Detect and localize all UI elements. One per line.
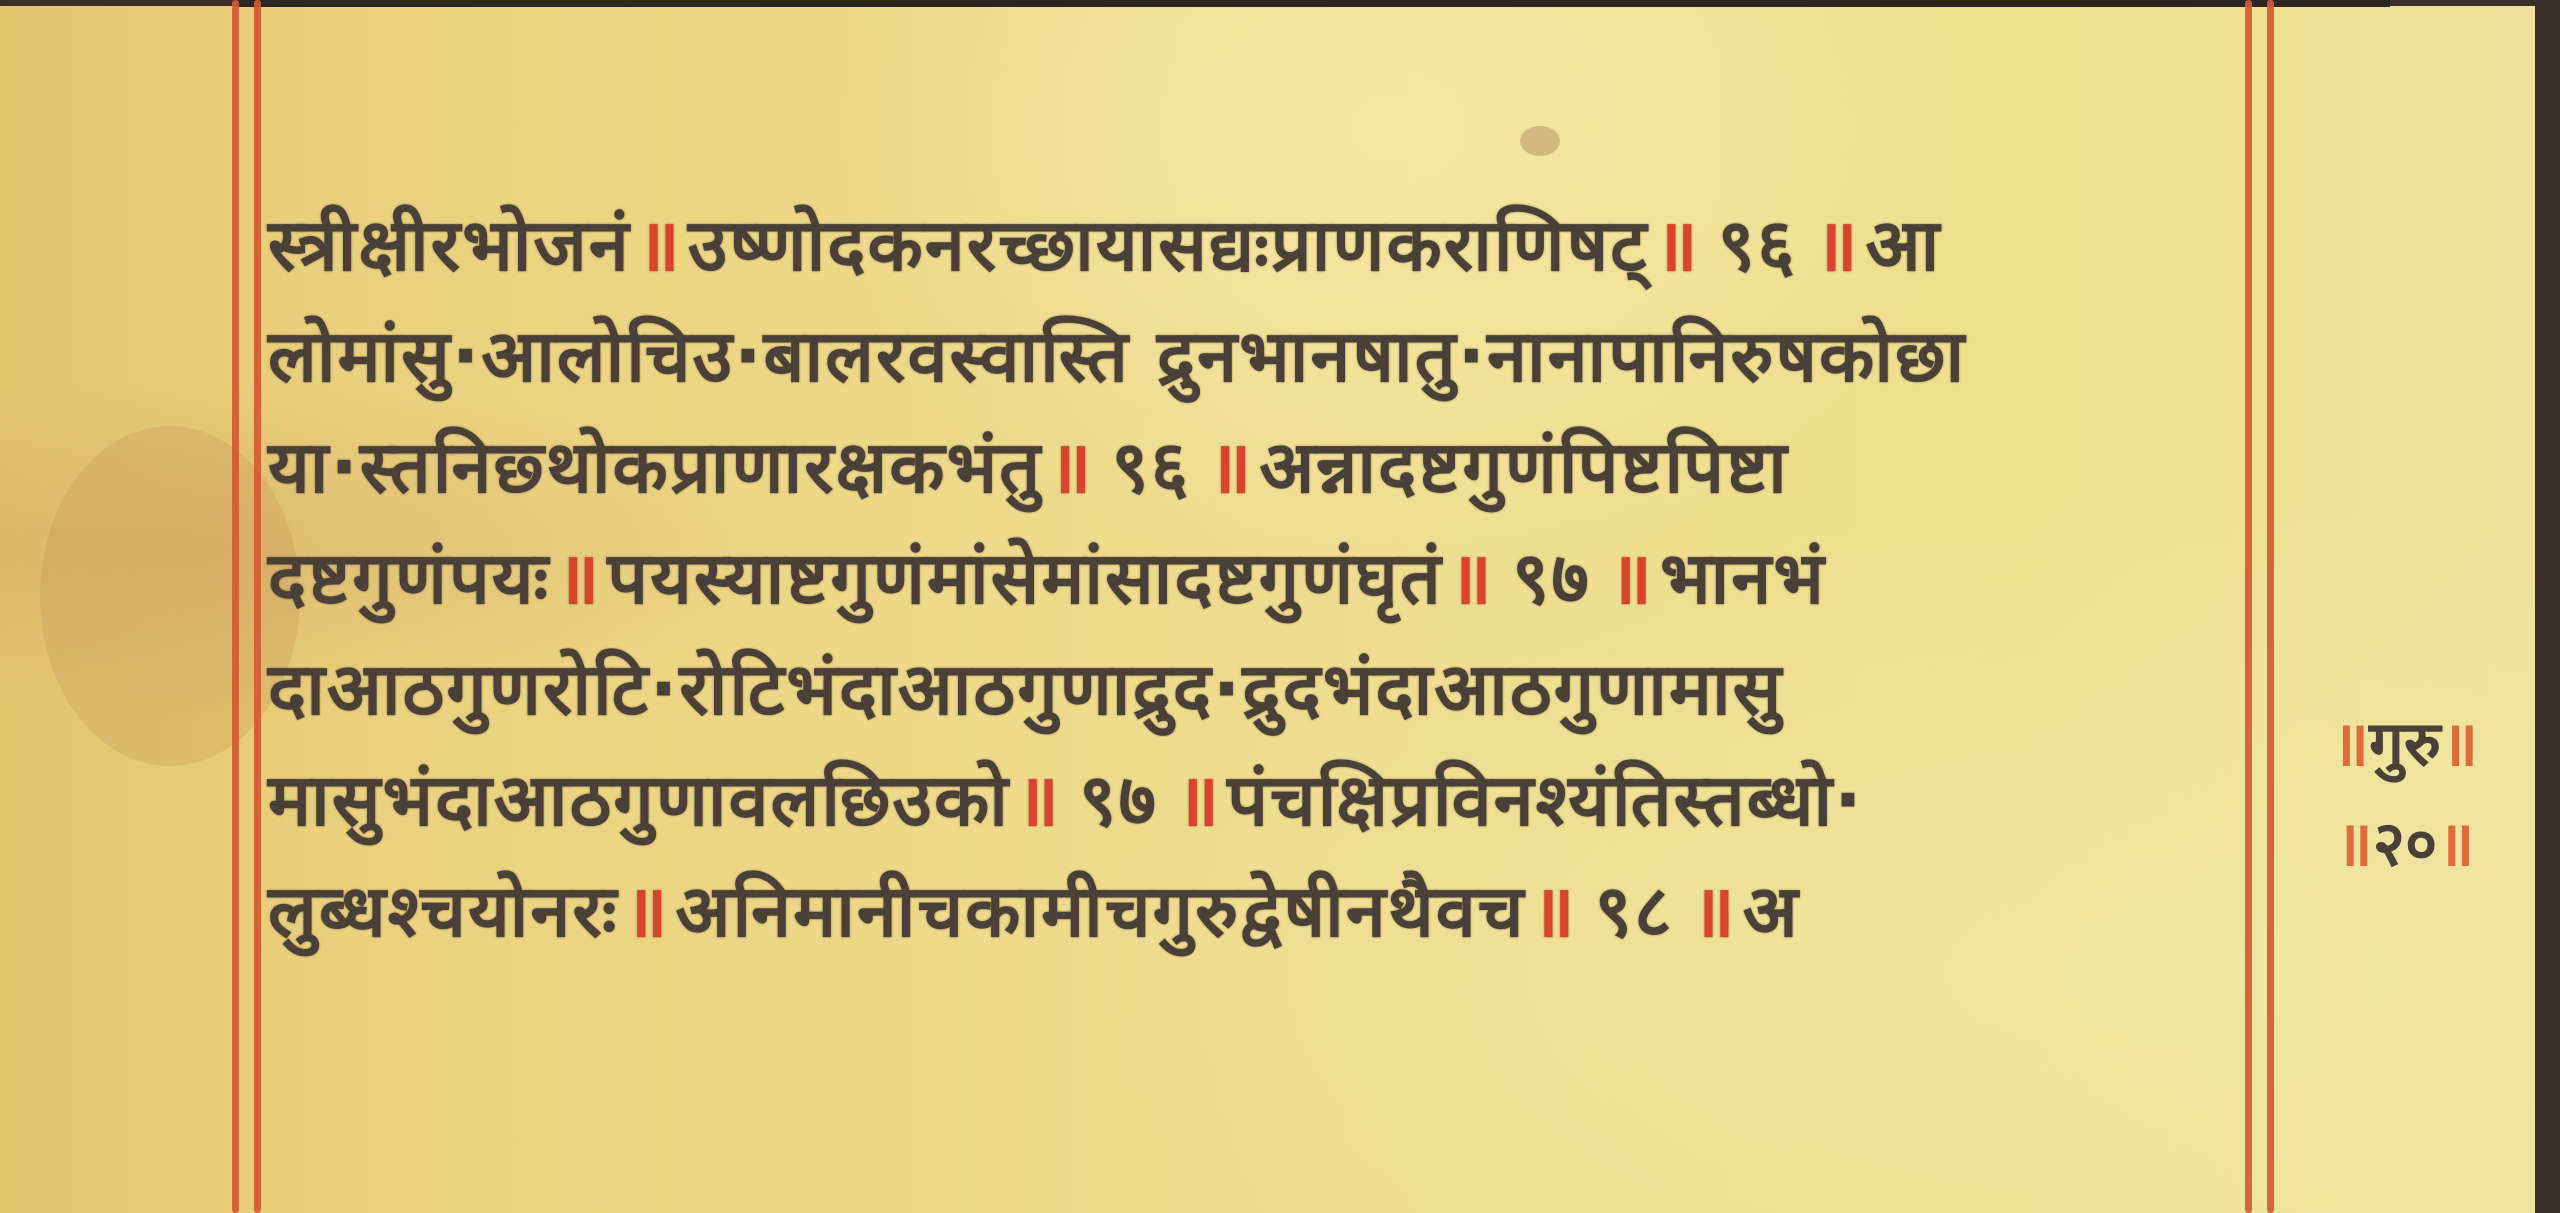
manuscript-line-4: दष्टगुणंपयः॥पयस्याष्टगुणंमांसेमांसादष्टग…: [268, 523, 2268, 634]
danda-mark: ॥: [637, 203, 682, 287]
line-text: भानभं: [1660, 536, 1826, 620]
danda-mark: ॥: [2437, 807, 2474, 880]
manuscript-line-1: स्त्रीक्षीरभोजनं॥उष्णोदकनरच्छायासद्यःप्र…: [268, 190, 2268, 301]
manuscript-line-6: मासुभंदाआठगुणावलछिउको॥९७॥पंचक्षिप्रविनश्…: [268, 745, 2268, 856]
manuscript-line-2: लोमांसु·आलोचिउ·बालरवस्वास्ति द्रुनभानषात…: [268, 301, 2268, 412]
line-text: पयस्याष्टगुणंमांसेमांसादष्टगुणंघृतं: [607, 536, 1443, 620]
left-margin-rule-inner: [254, 0, 261, 1213]
top-edge-shadow: [235, 0, 2390, 7]
folio-number: ॥२०॥: [2290, 800, 2520, 884]
line-text: अ: [1743, 869, 1800, 953]
right-margin-rule-outer: [2267, 0, 2274, 1213]
manuscript-line-7: लुब्धश्चयोनरः॥अनिमानीचकामीचगुरुद्वेषीनथै…: [268, 856, 2268, 967]
left-margin-rule-outer: [232, 0, 239, 1213]
verse-number: ९७: [1512, 536, 1591, 620]
line-text: या·स्तनिछ्थोकप्राणारक्षकभंतु: [268, 425, 1042, 509]
danda-mark: ॥: [1048, 425, 1093, 509]
danda-mark: ॥: [1654, 203, 1699, 287]
manuscript-line-5: दाआठगुणरोटि·रोटिभंदाआठगुणाद्रुद·द्रुदभंद…: [268, 634, 2268, 745]
danda-mark: ॥: [1176, 758, 1221, 842]
danda-mark: ॥: [1692, 869, 1737, 953]
danda-mark: ॥: [1609, 536, 1654, 620]
line-text: मासुभंदाआठगुणावलछिउको: [268, 758, 1010, 842]
margin-title: ॥गुरु॥: [2290, 700, 2520, 784]
danda-mark: ॥: [556, 536, 601, 620]
danda-mark: ॥: [624, 869, 669, 953]
paper-stain: [1520, 126, 1560, 156]
manuscript-line-3: या·स्तनिछ्थोकप्राणारक्षकभंतु॥९६॥अन्नादष्…: [268, 412, 2268, 523]
verse-number: ९८: [1595, 869, 1674, 953]
line-text: अन्नादष्टगुणंपिष्टपिष्टा: [1259, 425, 1788, 509]
line-text: दष्टगुणंपयः: [268, 536, 550, 620]
manuscript-text: स्त्रीक्षीरभोजनं॥उष्णोदकनरच्छायासद्यःप्र…: [268, 190, 2268, 967]
line-text: आ: [1866, 203, 1942, 287]
verse-number: ९६: [1111, 425, 1190, 509]
line-text: स्त्रीक्षीरभोजनं: [268, 203, 631, 287]
line-text: लुब्धश्चयोनरः: [268, 869, 618, 953]
danda-mark: ॥: [1016, 758, 1061, 842]
danda-mark: ॥: [1532, 869, 1577, 953]
folio-number-value: २०: [2373, 807, 2437, 880]
danda-mark: ॥: [2336, 807, 2373, 880]
line-text: दाआठगुणरोटि·रोटिभंदाआठगुणाद्रुद·द्रुदभंद…: [268, 647, 1783, 731]
danda-mark: ॥: [1449, 536, 1494, 620]
line-text: लोमांसु·आलोचिउ·बालरवस्वास्ति द्रुनभानषात…: [268, 314, 1966, 398]
verse-number: ९७: [1079, 758, 1158, 842]
verse-number: ९६: [1718, 203, 1797, 287]
paper-stain: [40, 426, 300, 766]
danda-mark: ॥: [2441, 707, 2478, 780]
margin-title-label: गुरु: [2369, 707, 2441, 780]
line-text: पंचक्षिप्रविनश्यंतिस्तब्धो·: [1227, 758, 1863, 842]
line-text: उष्णोदकनरच्छायासद्यःप्राणकराणिषट्: [688, 203, 1649, 287]
danda-mark: ॥: [1815, 203, 1860, 287]
danda-mark: ॥: [2332, 707, 2369, 780]
line-text: अनिमानीचकामीचगुरुद्वेषीनथैवच: [676, 869, 1526, 953]
danda-mark: ॥: [1208, 425, 1253, 509]
